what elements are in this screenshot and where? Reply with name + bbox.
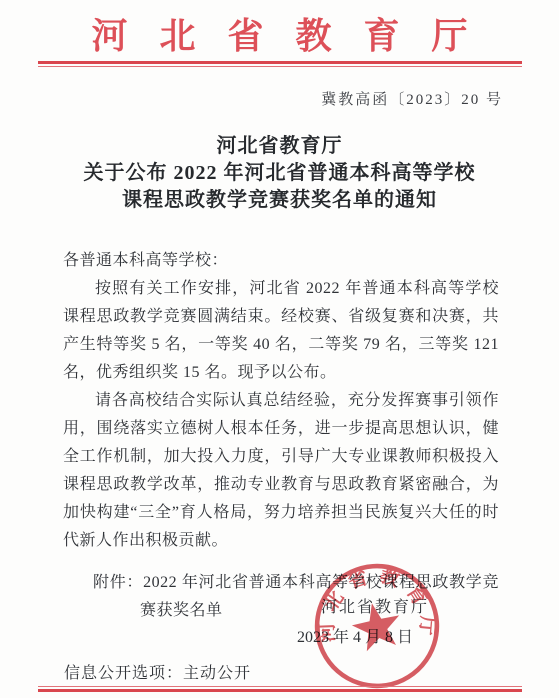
footer-divider-thick-line (38, 689, 522, 692)
document-number: 冀教高函〔2023〕20 号 (0, 88, 503, 109)
salutation: 各普通本科高等学校： (63, 247, 499, 275)
document-page: 河北省教育厅 冀教高函〔2023〕20 号 河北省教育厅 关于公布 2022 年… (0, 0, 559, 698)
footer-divider (38, 686, 522, 692)
masthead-divider (38, 61, 522, 67)
body-paragraph-2: 请各高校结合实际认真总结经验，充分发挥赛事引领作用，围绕落实立德树人根本任务，进… (63, 387, 499, 555)
masthead-divider-thin-line (38, 66, 522, 67)
disclosure-option: 信息公开选项：主动公开 (64, 660, 251, 683)
document-title-line-1: 河北省教育厅 (20, 133, 539, 160)
attachment-label: 附件： (93, 574, 143, 591)
official-seal: 河北省教育厅 (307, 556, 448, 697)
document-title-line-3: 课程思政教学竞赛获奖名单的通知 (20, 187, 539, 214)
body-paragraph-1: 按照有关工作安排，河北省 2022 年普通本科高等学校课程思政教学竞赛圆满结束。… (63, 275, 499, 387)
document-title-line-2: 关于公布 2022 年河北省普通本科高等学校 (20, 160, 539, 187)
masthead-agency-title: 河北省教育厅 (0, 8, 559, 59)
seal-star-icon (348, 598, 405, 653)
document-title: 河北省教育厅 关于公布 2022 年河北省普通本科高等学校 课程思政教学竞赛获奖… (20, 133, 539, 214)
